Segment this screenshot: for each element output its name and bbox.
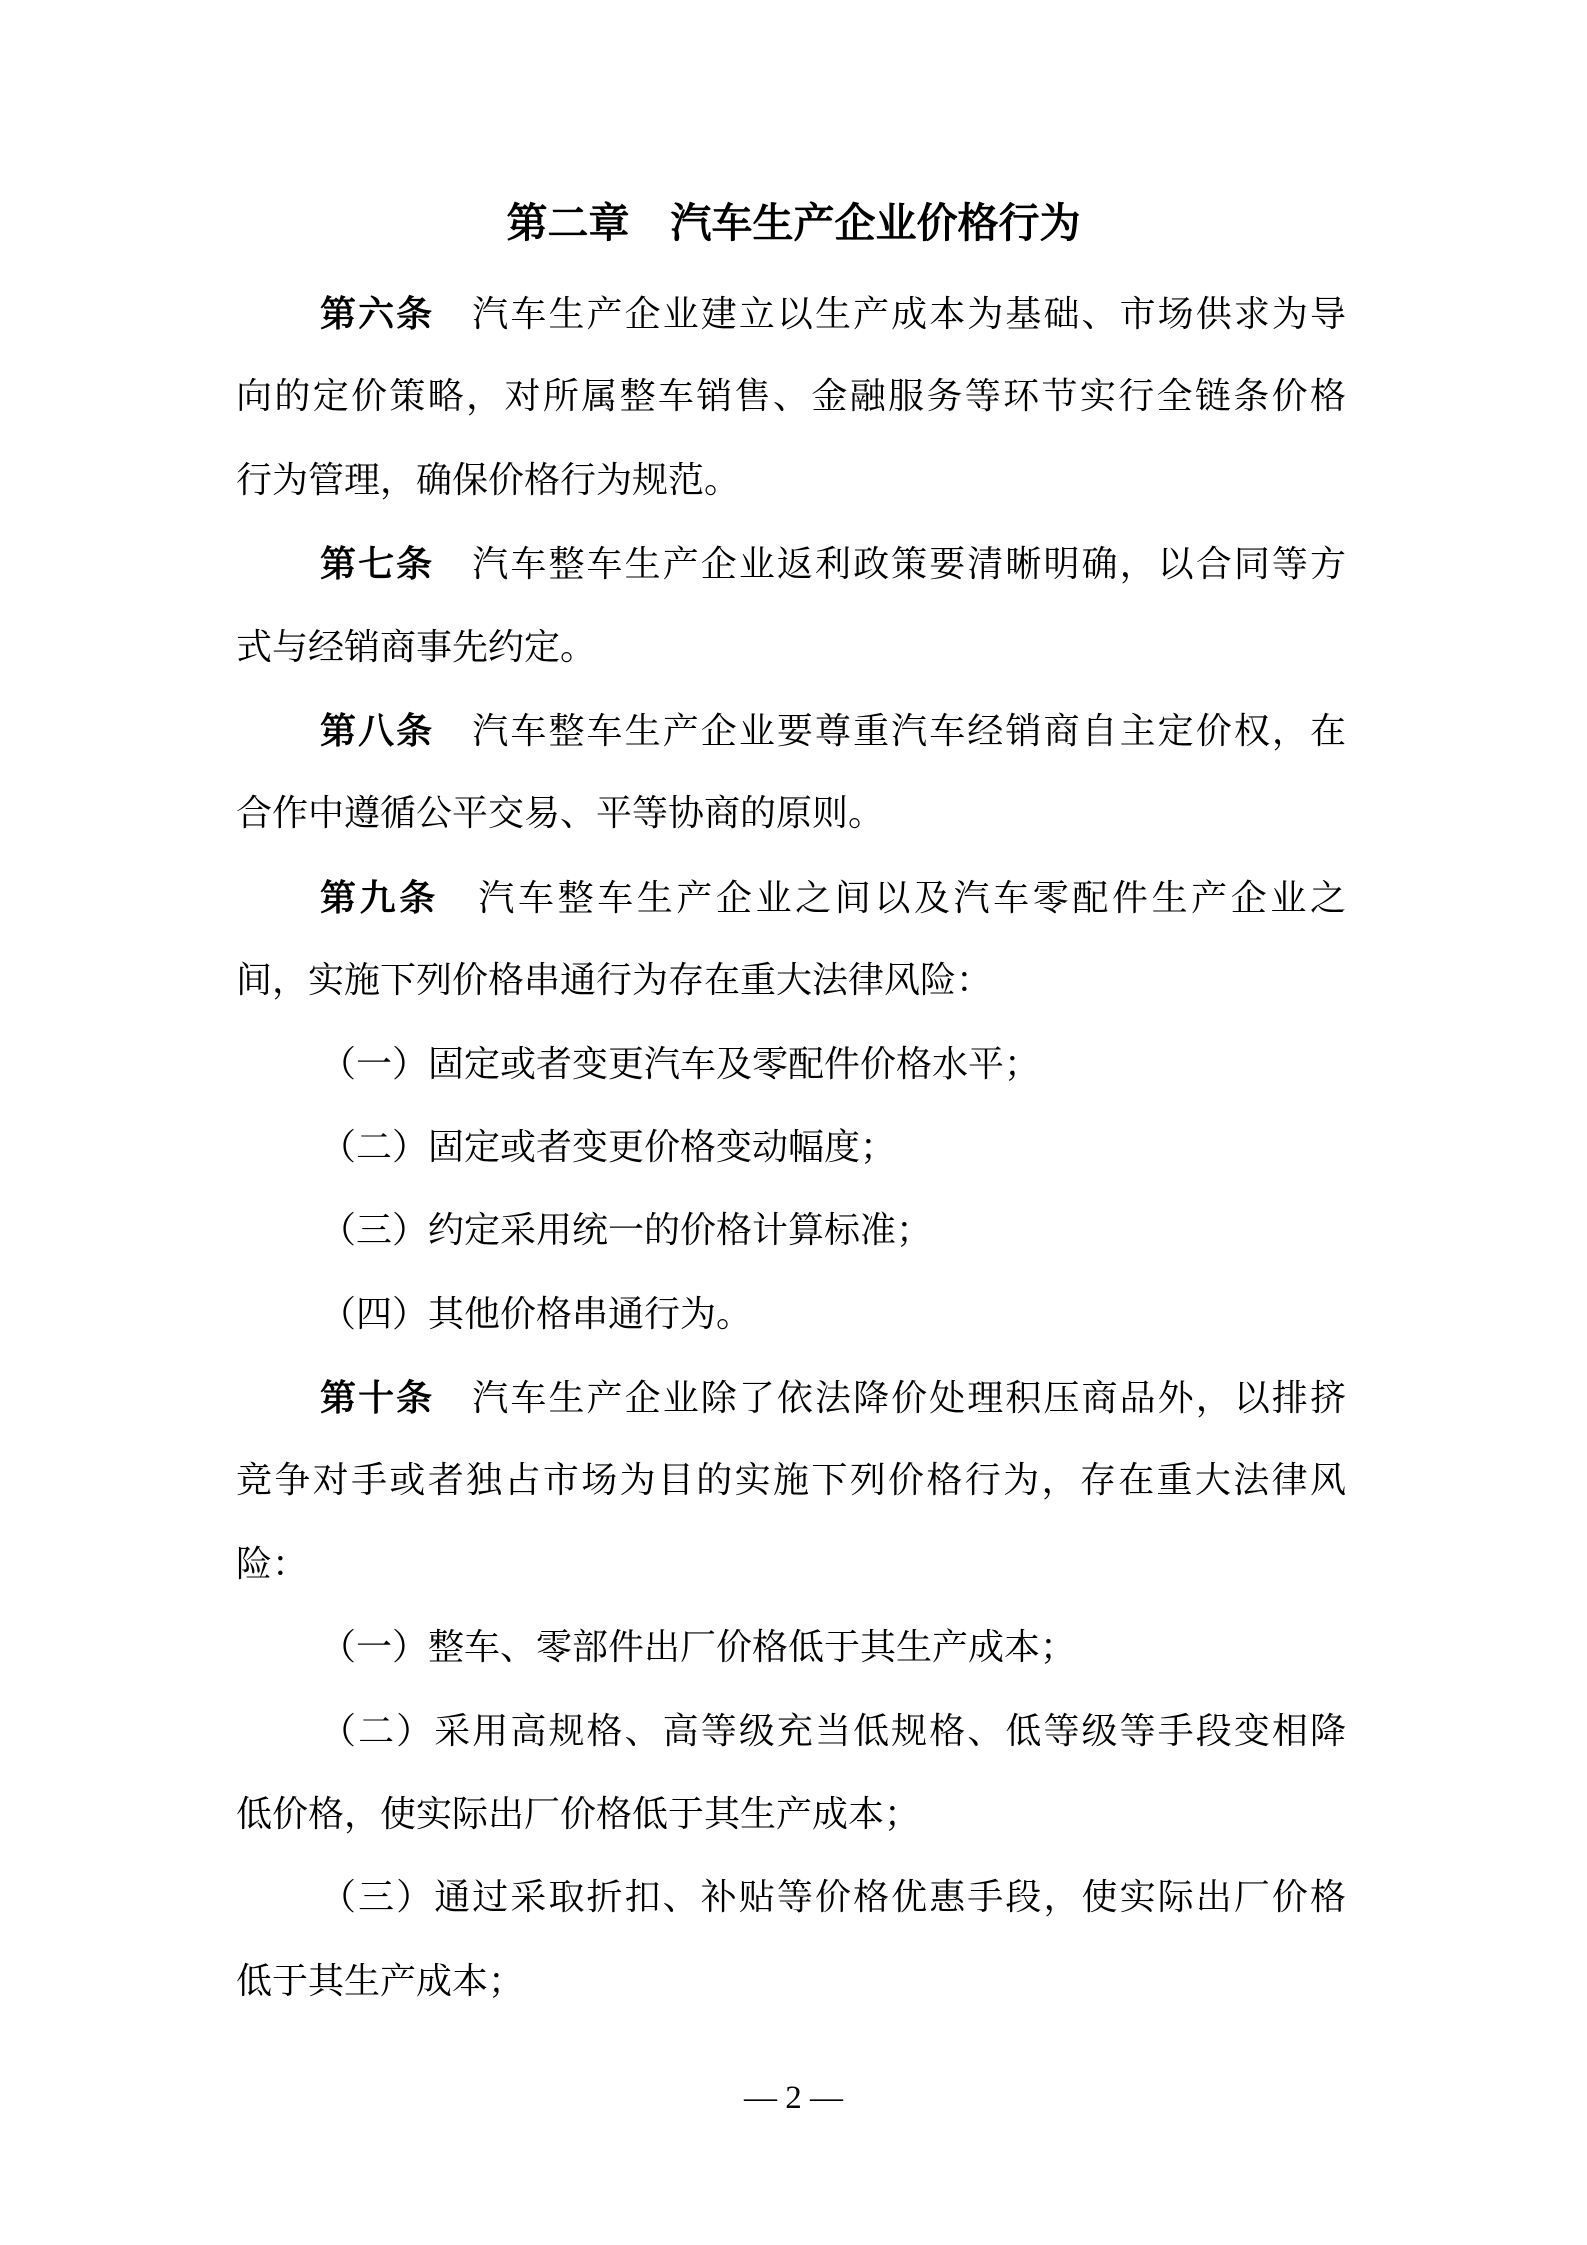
line-text: 汽车生产企业除了依法降价处理积压商品外，以排挤 [434,1378,1346,1418]
text-line: 合作中遵循公平交易、平等协商的原则。 [236,772,1346,855]
line-text: （二）固定或者变更价格变动幅度； [320,1127,896,1167]
text-line: 低价格，使实际出厂价格低于其生产成本； [236,1773,1346,1856]
line-text: 汽车整车生产企业之间以及汽车零配件生产企业之 [439,878,1346,918]
text-line: 第九条 汽车整车生产企业之间以及汽车零配件生产企业之 [236,856,1346,939]
text-line: 第七条 汽车整车生产企业返利政策要清晰明确，以合同等方 [236,522,1346,605]
text-line: 低于其生产成本； [236,1940,1346,2023]
list-item: （三）通过采取折扣、补贴等价格优惠手段，使实际出厂价格 [236,1856,1346,1939]
text-line: 向的定价策略，对所属整车销售、金融服务等环节实行全链条价格 [236,355,1346,438]
line-text: 汽车生产企业建立以生产成本为基础、市场供求为导 [434,294,1346,334]
text-line: 第八条 汽车整车生产企业要尊重汽车经销商自主定价权，在 [236,689,1346,772]
text-line: 第六条 汽车生产企业建立以生产成本为基础、市场供求为导 [236,272,1346,355]
text-line: 险： [236,1523,1346,1606]
chapter-title: 第二章 汽车生产企业价格行为 [0,194,1587,252]
line-text: 险： [236,1544,308,1584]
article-number: 第十条 [320,1377,434,1418]
line-text: 式与经销商事先约定。 [236,627,596,667]
line-text: 汽车整车生产企业要尊重汽车经销商自主定价权，在 [434,711,1346,751]
list-item: （二）采用高规格、高等级充当低规格、低等级等手段变相降 [236,1690,1346,1773]
line-text: （三）约定采用统一的价格计算标准； [320,1210,932,1250]
body-text: 第六条 汽车生产企业建立以生产成本为基础、市场供求为导 向的定价策略，对所属整车… [236,272,1346,2023]
line-text: （一）固定或者变更汽车及零配件价格水平； [320,1044,1040,1084]
article-number: 第六条 [320,293,434,334]
text-line: 行为管理，确保价格行为规范。 [236,439,1346,522]
line-text: （四）其他价格串通行为。 [320,1294,752,1334]
line-text: 合作中遵循公平交易、平等协商的原则。 [236,793,884,833]
line-text: （一）整车、零部件出厂价格低于其生产成本； [320,1627,1076,1667]
list-item: （三）约定采用统一的价格计算标准； [236,1189,1346,1272]
list-item: （一）整车、零部件出厂价格低于其生产成本； [236,1606,1346,1689]
article-number: 第七条 [320,543,434,584]
article-number: 第八条 [320,710,434,751]
list-item: （二）固定或者变更价格变动幅度； [236,1106,1346,1189]
text-line: 竞争对手或者独占市场为目的实施下列价格行为，存在重大法律风 [236,1439,1346,1522]
line-text: 向的定价策略，对所属整车销售、金融服务等环节实行全链条价格 [236,376,1346,416]
list-item: （一）固定或者变更汽车及零配件价格水平； [236,1023,1346,1106]
line-text: 行为管理，确保价格行为规范。 [236,460,740,500]
document-page: 第二章 汽车生产企业价格行为 第六条 汽车生产企业建立以生产成本为基础、市场供求… [0,0,1587,2245]
line-text: 间，实施下列价格串通行为存在重大法律风险： [236,960,992,1000]
text-line: 间，实施下列价格串通行为存在重大法律风险： [236,939,1346,1022]
line-text: （三）通过采取折扣、补贴等价格优惠手段，使实际出厂价格 [320,1877,1346,1917]
line-text: 竞争对手或者独占市场为目的实施下列价格行为，存在重大法律风 [236,1460,1346,1500]
page-number: — 2 — [0,2076,1587,2120]
line-text: 汽车整车生产企业返利政策要清晰明确，以合同等方 [434,544,1346,584]
text-line: 式与经销商事先约定。 [236,606,1346,689]
text-line: 第十条 汽车生产企业除了依法降价处理积压商品外，以排挤 [236,1356,1346,1439]
list-item: （四）其他价格串通行为。 [236,1273,1346,1356]
line-text: （二）采用高规格、高等级充当低规格、低等级等手段变相降 [320,1711,1346,1751]
article-number: 第九条 [320,877,439,918]
line-text: 低于其生产成本； [236,1961,524,2001]
line-text: 低价格，使实际出厂价格低于其生产成本； [236,1794,920,1834]
